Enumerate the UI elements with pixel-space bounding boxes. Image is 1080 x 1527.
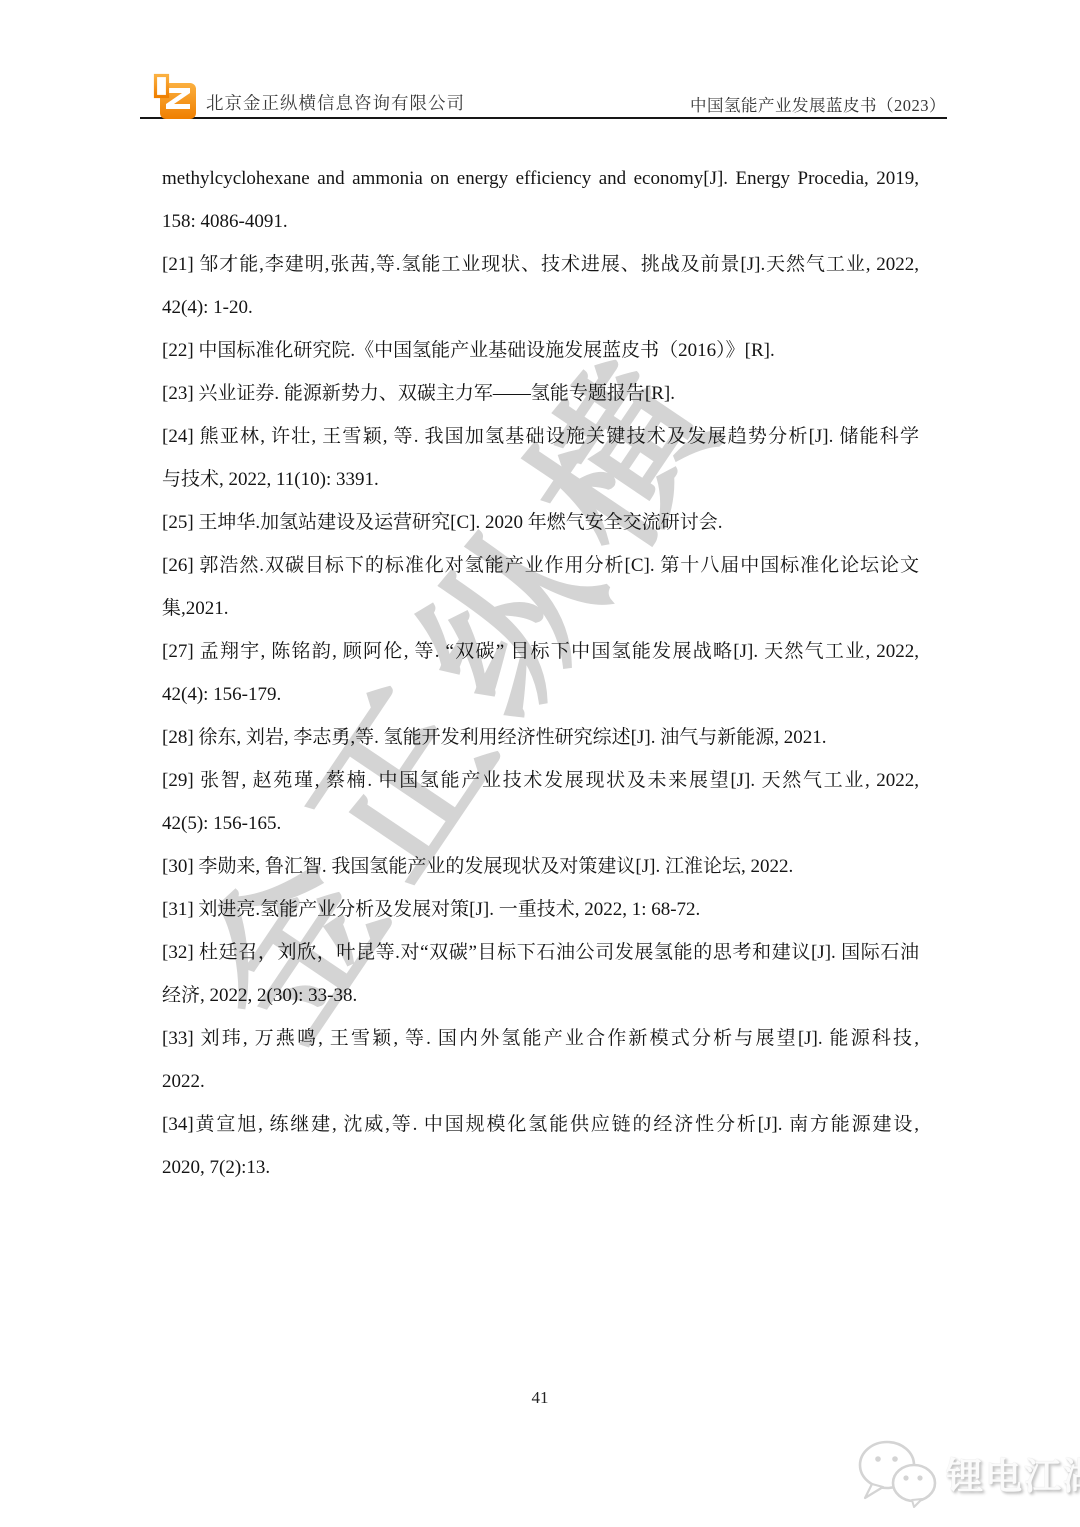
document-page: 北京金正纵横信息咨询有限公司 中国氢能产业发展蓝皮书（2023） 金正纵横 me… (0, 0, 1080, 1527)
jinzheng-logo-icon (152, 73, 199, 120)
company-name: 北京金正纵横信息咨询有限公司 (206, 90, 465, 115)
reference-line: [24] 熊亚林, 许壮, 王雪颖, 等. 我国加氢基础设施关键技术及发展趋势分… (162, 415, 919, 458)
reference-line: [33] 刘玮, 万燕鸣, 王雪颖, 等. 国内外氢能产业合作新模式分析与展望[… (162, 1017, 919, 1060)
reference-line: methylcyclohexane and ammonia on energy … (162, 157, 919, 200)
reference-line: [31] 刘进亮.氢能产业分析及发展对策[J]. 一重技术, 2022, 1: … (162, 888, 919, 931)
reference-line: 2022. (162, 1060, 919, 1103)
reference-line: [28] 徐东, 刘岩, 李志勇,等. 氢能开发利用经济性研究综述[J]. 油气… (162, 716, 919, 759)
reference-line: 经济, 2022, 2(30): 33-38. (162, 974, 919, 1017)
reference-line: [23] 兴业证券. 能源新势力、双碳主力军——氢能专题报告[R]. (162, 372, 919, 415)
reference-line: 42(5): 156-165. (162, 802, 919, 845)
reference-line: 158: 4086-4091. (162, 200, 919, 243)
reference-line: 与技术, 2022, 11(10): 3391. (162, 458, 919, 501)
reference-line: 42(4): 156-179. (162, 673, 919, 716)
reference-line: [34]黄宣旭, 练继建, 沈威,等. 中国规模化氢能供应链的经济性分析[J].… (162, 1103, 919, 1146)
reference-line: [27] 孟翔宇, 陈铭韵, 顾阿伦, 等. “双碳” 目标下中国氢能发展战略[… (162, 630, 919, 673)
header-divider (140, 117, 947, 119)
reference-line: [29] 张智, 赵苑瑾, 蔡楠. 中国氢能产业技术发展现状及未来展望[J]. … (162, 759, 919, 802)
wechat-account-name: 锂电江湖 (946, 1446, 1080, 1500)
reference-line: [21] 邹才能,李建明,张茜,等.氢能工业现状、技术进展、挑战及前景[J].天… (162, 243, 919, 286)
reference-line: [30] 李勋来, 鲁汇智. 我国氢能产业的发展现状及对策建议[J]. 江淮论坛… (162, 845, 919, 888)
reference-line: 42(4): 1-20. (162, 286, 919, 329)
reference-line: [32] 杜廷召，刘欣，叶昆等.对“双碳”目标下石油公司发展氢能的思考和建议[J… (162, 931, 919, 974)
reference-line: [22] 中国标准化研究院.《中国氢能产业基础设施发展蓝皮书（2016）》[R]… (162, 329, 919, 372)
wechat-account-badge: 锂电江湖 (852, 1432, 1080, 1512)
reference-line: 集,2021. (162, 587, 919, 630)
document-title: 中国氢能产业发展蓝皮书（2023） (690, 92, 946, 116)
references-list: methylcyclohexane and ammonia on energy … (162, 157, 919, 1189)
reference-line: [26] 郭浩然.双碳目标下的标准化对氢能产业作用分析[C]. 第十八届中国标准… (162, 544, 919, 587)
page-number: 41 (0, 1388, 1080, 1408)
reference-line: 2020, 7(2):13. (162, 1146, 919, 1189)
reference-line: [25] 王坤华.加氢站建设及运营研究[C]. 2020 年燃气安全交流研讨会. (162, 501, 919, 544)
wechat-icon (856, 1438, 942, 1508)
